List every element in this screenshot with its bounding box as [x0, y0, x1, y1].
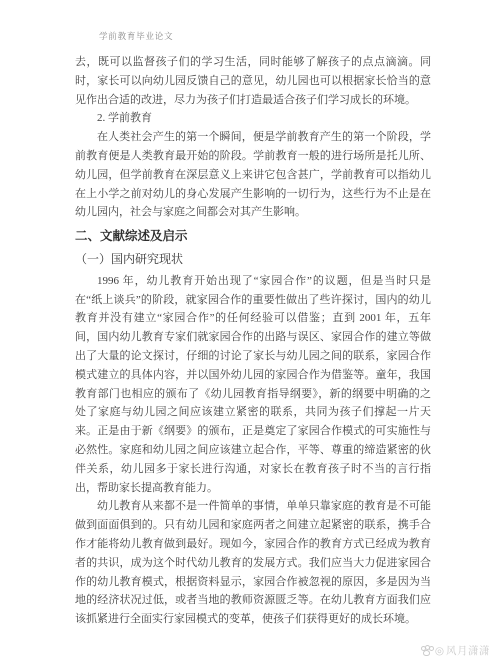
document-content: 去，既可以监督孩子们的学习生活，同时能够了解孩子的点点滴滴。同时，家长可以向幼儿…: [75, 53, 431, 629]
watermark: ◎ 风月潇潇: [421, 643, 490, 658]
document-page: 学前教育毕业论文 去，既可以监督孩子们的学习生活，同时能够了解孩子的点点滴滴。同…: [0, 0, 500, 667]
paw-icon: [421, 645, 433, 657]
page-header: 学前教育毕业论文: [99, 30, 173, 42]
watermark-at-icon: ◎: [435, 645, 444, 657]
paragraph: 1996 年，幼儿教育开始出现了“家园合作”的议题，但是当时只是在“纸上谈兵”的…: [75, 272, 431, 498]
section-heading: 二、文献综述及启示: [75, 227, 431, 246]
section-heading: （一）国内研究现状: [75, 250, 431, 269]
paragraph: 幼儿教育从来都不是一件简单的事情，单单只靠家庭的教育是不可能做到面面俱到的。只有…: [75, 497, 431, 629]
paragraph: 在人类社会产生的第一个瞬间，便是学前教育产生的第一个阶段，学前教育便是人类教育最…: [75, 128, 431, 222]
watermark-username: 风月潇潇: [446, 643, 490, 658]
section-heading: 2. 学前教育: [75, 109, 431, 128]
paragraph: 去，既可以监督孩子们的学习生活，同时能够了解孩子的点点滴滴。同时，家长可以向幼儿…: [75, 53, 431, 109]
